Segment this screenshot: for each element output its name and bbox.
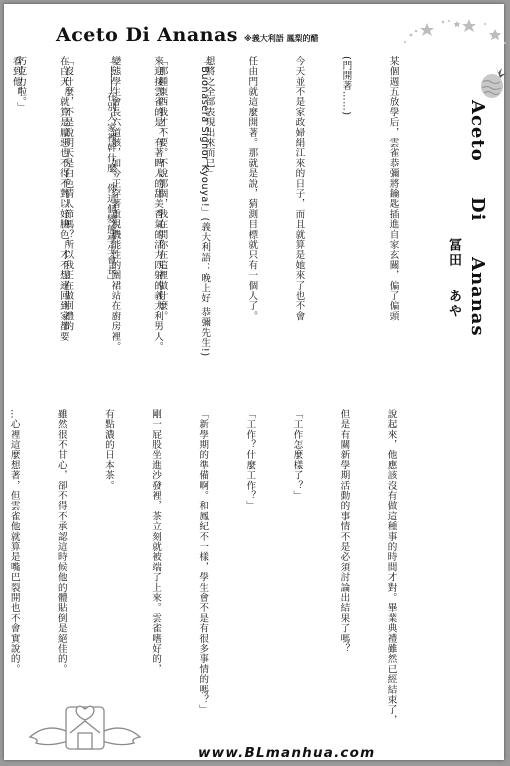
text-line: 「沒什麼，不是說明天是白色情人節嗎？所以我正在做回禮的 — [60, 56, 76, 356]
novel-page: Aceto Di Ananas ※義大利語 鳳梨的醋 Aceto Di Anan… — [4, 4, 504, 760]
text-line: 有點濃的日本茶。 — [100, 409, 116, 694]
page-header: Aceto Di Ananas ※義大利語 鳳梨的醋 — [56, 24, 319, 46]
author-name: 冨田 あや — [444, 238, 463, 319]
text-line: 變態學生會長六道骸，如今正穿著重視機能性的圍裙站在廚房裡。 — [107, 56, 123, 356]
text-block-lower-right: 說起來，他應該沒有做這種事的時間才對。畢業典禮雖然已經結束了， 但是有關新學期活… — [0, 409, 430, 694]
website-url: www.BLmanhua.com — [198, 745, 375, 761]
text-block-left: 想將之全部表現出來而已」 「那種東西我才不要。不說那個，我在問你在這裡做什麼。 … — [0, 56, 248, 356]
text-line: 某個週五放學后，雲雀恭彌將鑰匙插進自家玄關，偏了偏頭 — [385, 56, 401, 346]
chapter-title: Aceto Di Ananas — [56, 24, 238, 46]
title-translation-note: ※義大利語 鳳梨的醋 — [244, 33, 319, 44]
text-line: 「工作怎麼樣了？」 — [289, 409, 305, 694]
star-arc-decoration-icon — [399, 9, 509, 59]
text-line: 「新學期的準備啊。和鳳紀不一樣，學生會不是有很多事情的嗎？」 — [194, 409, 210, 694]
text-line: 巧克力啦。」 — [12, 56, 28, 356]
text-line: …心裡這麼想著，但雲雀他就算是嘴巴裂開也不會實說的。 — [6, 409, 22, 694]
text-line: 今天並不是家政婦絹江來的日子，而且就算是她來了也不會 — [291, 56, 307, 346]
text-line: 剛一屁股坐進沙發裡，茶立刻就被端了上來。雲雀嗜好的， — [147, 409, 163, 694]
winged-house-logo-icon — [26, 701, 144, 753]
title-word: Di — [467, 197, 488, 221]
vertical-title: Aceto Di Ananas — [467, 100, 488, 364]
text-line: 「工作？什麼工作？」 — [242, 409, 258, 694]
pineapple-icon — [478, 62, 508, 100]
text-line: (門開著……) — [338, 56, 354, 346]
title-word: Ananas — [467, 257, 488, 337]
author-given-name: あや — [444, 289, 463, 319]
text-line: 「那種東西我才不要。不說那個，我在問你在這裡做什麼。 — [154, 56, 170, 356]
text-line: 但是有關新學期活動的事情不是必須討論出結果了嗎？ — [336, 409, 352, 694]
text-line: 想將之全部表現出來而已」 — [201, 56, 217, 356]
text-line: 雖然很不甘心，卻不得不承認這時候他的體貼倒是絕佳的。 — [53, 409, 69, 694]
author-family-name: 冨田 — [444, 238, 463, 268]
text-line: 說起來，他應該沒有做這種事的時間才對。畢業典禮雖然已經結束了， — [383, 409, 399, 694]
title-word: Aceto — [467, 100, 488, 162]
